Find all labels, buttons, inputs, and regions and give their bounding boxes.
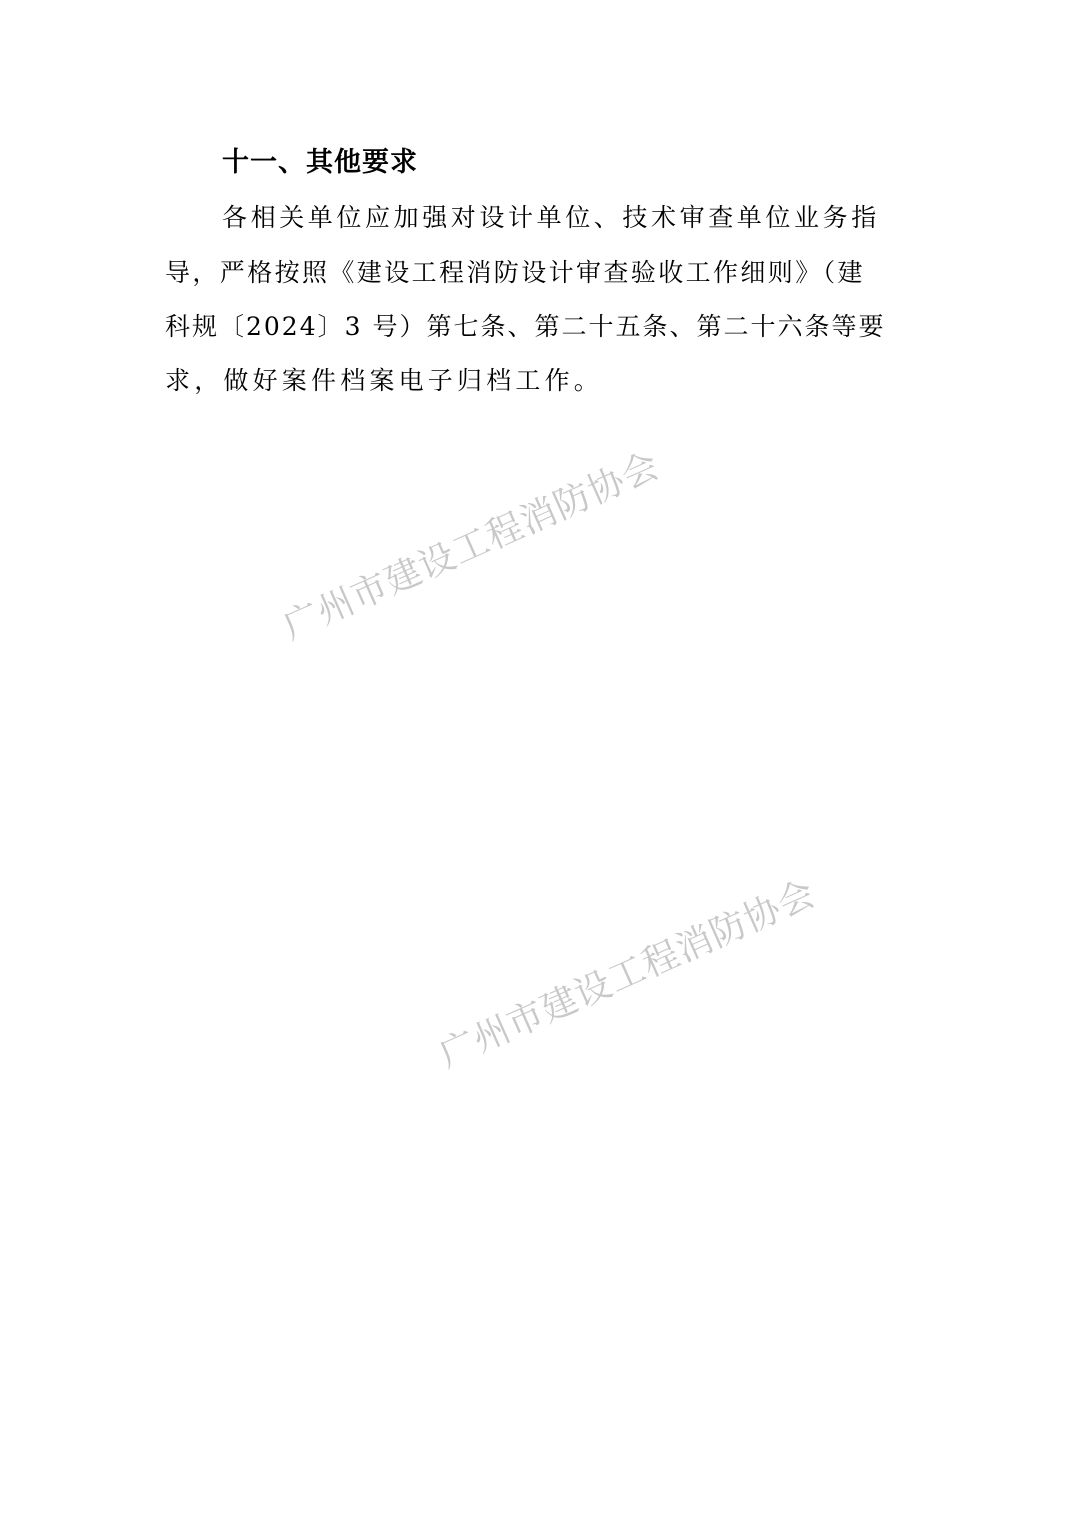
- paragraph-line-1: 各相关单位应加强对设计单位、技术审查单位业务指: [222, 198, 880, 238]
- section-heading: 十一、其他要求: [222, 143, 418, 183]
- watermark-upper: 广州市建设工程消防协会: [278, 446, 666, 648]
- paragraph-line-4: 求，做好案件档案电子归档工作。: [165, 361, 603, 401]
- document-page: 十一、其他要求 各相关单位应加强对设计单位、技术审查单位业务指 导，严格按照《建…: [0, 0, 1080, 1527]
- paragraph-line-3: 科规〔2024〕3 号）第七条、第二十五条、第二十六条等要: [165, 307, 885, 347]
- paragraph-line-2: 导，严格按照《建设工程消防设计审查验收工作细则》（建: [165, 253, 865, 293]
- watermark-lower: 广州市建设工程消防协会: [434, 874, 822, 1076]
